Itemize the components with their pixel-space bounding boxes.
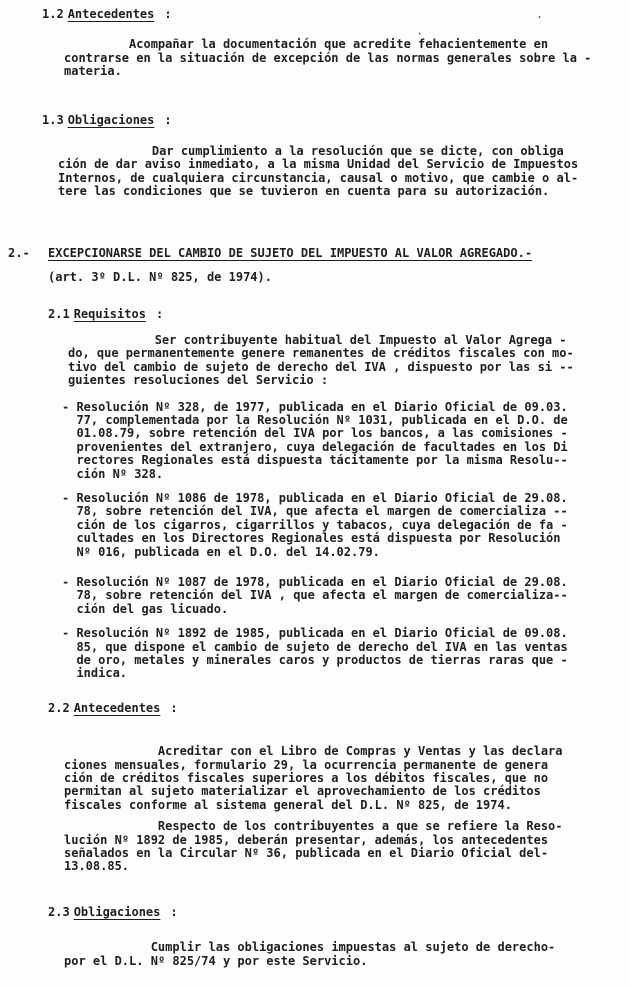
resolution-item-1086: - Resolución Nº 1086 de 1978, publicada … xyxy=(62,492,630,559)
paragraph-1-2-body: Acompañar la documentación que acredite … xyxy=(64,38,630,78)
paragraph-2-2-first: Acreditar con el Libro de Compras y Vent… xyxy=(64,745,630,812)
heading-colon: : xyxy=(156,307,163,321)
section-label-2-2: Antecedentes xyxy=(74,701,161,715)
section-label-2-3: Obligaciones xyxy=(74,905,161,919)
section-heading-2: 2.-EXCEPCIONARSE DEL CAMBIO DE SUJETO DE… xyxy=(8,247,630,260)
document-page: 1.2Antecedentes: Acompañar la documentac… xyxy=(0,0,630,987)
heading-colon: : xyxy=(164,113,171,127)
section-title-2: EXCEPCIONARSE DEL CAMBIO DE SUJETO DEL I… xyxy=(48,246,532,260)
section-heading-2-2: 2.2Antecedentes: xyxy=(48,702,630,715)
section-heading-2-1: 2.1Requisitos: xyxy=(48,308,630,321)
section-number-1-2: 1.2 xyxy=(42,8,64,21)
section-number-2-3: 2.3 xyxy=(48,906,70,919)
paragraph-1-3-body: Dar cumplimiento a la resolución que se … xyxy=(58,145,630,199)
heading-colon: : xyxy=(170,701,177,715)
scan-noise-dot: . xyxy=(536,8,543,21)
section-2-subtitle: (art. 3º D.L. Nº 825, de 1974). xyxy=(48,271,630,284)
section-number-2-1: 2.1 xyxy=(48,308,70,321)
scan-noise-dot: · xyxy=(416,28,423,41)
section-heading-1-3: 1.3Obligaciones: xyxy=(42,114,630,127)
section-number-1-3: 1.3 xyxy=(42,114,64,127)
section-label-1-2: Antecedentes xyxy=(68,7,155,21)
section-number-2: 2.- xyxy=(8,247,48,260)
heading-colon: : xyxy=(170,905,177,919)
section-label-2-1: Requisitos xyxy=(74,307,146,321)
resolution-item-328: - Resolución Nº 328, de 1977, publicada … xyxy=(62,401,630,481)
resolution-item-1087: - Resolución Nº 1087 de 1978, publicada … xyxy=(62,576,630,616)
section-number-2-2: 2.2 xyxy=(48,702,70,715)
paragraph-2-2-second: Respecto de los contribuyentes a que se … xyxy=(64,820,630,874)
section-heading-2-3: 2.3Obligaciones: xyxy=(48,906,630,919)
paragraph-2-1-body: Ser contribuyente habitual del Impuesto … xyxy=(68,334,630,388)
resolution-item-1892: - Resolución Nº 1892 de 1985, publicada … xyxy=(62,627,630,681)
section-label-1-3: Obligaciones xyxy=(68,113,155,127)
paragraph-2-3-body: Cumplir las obligaciones impuestas al su… xyxy=(64,941,630,968)
heading-colon: : xyxy=(164,7,171,21)
